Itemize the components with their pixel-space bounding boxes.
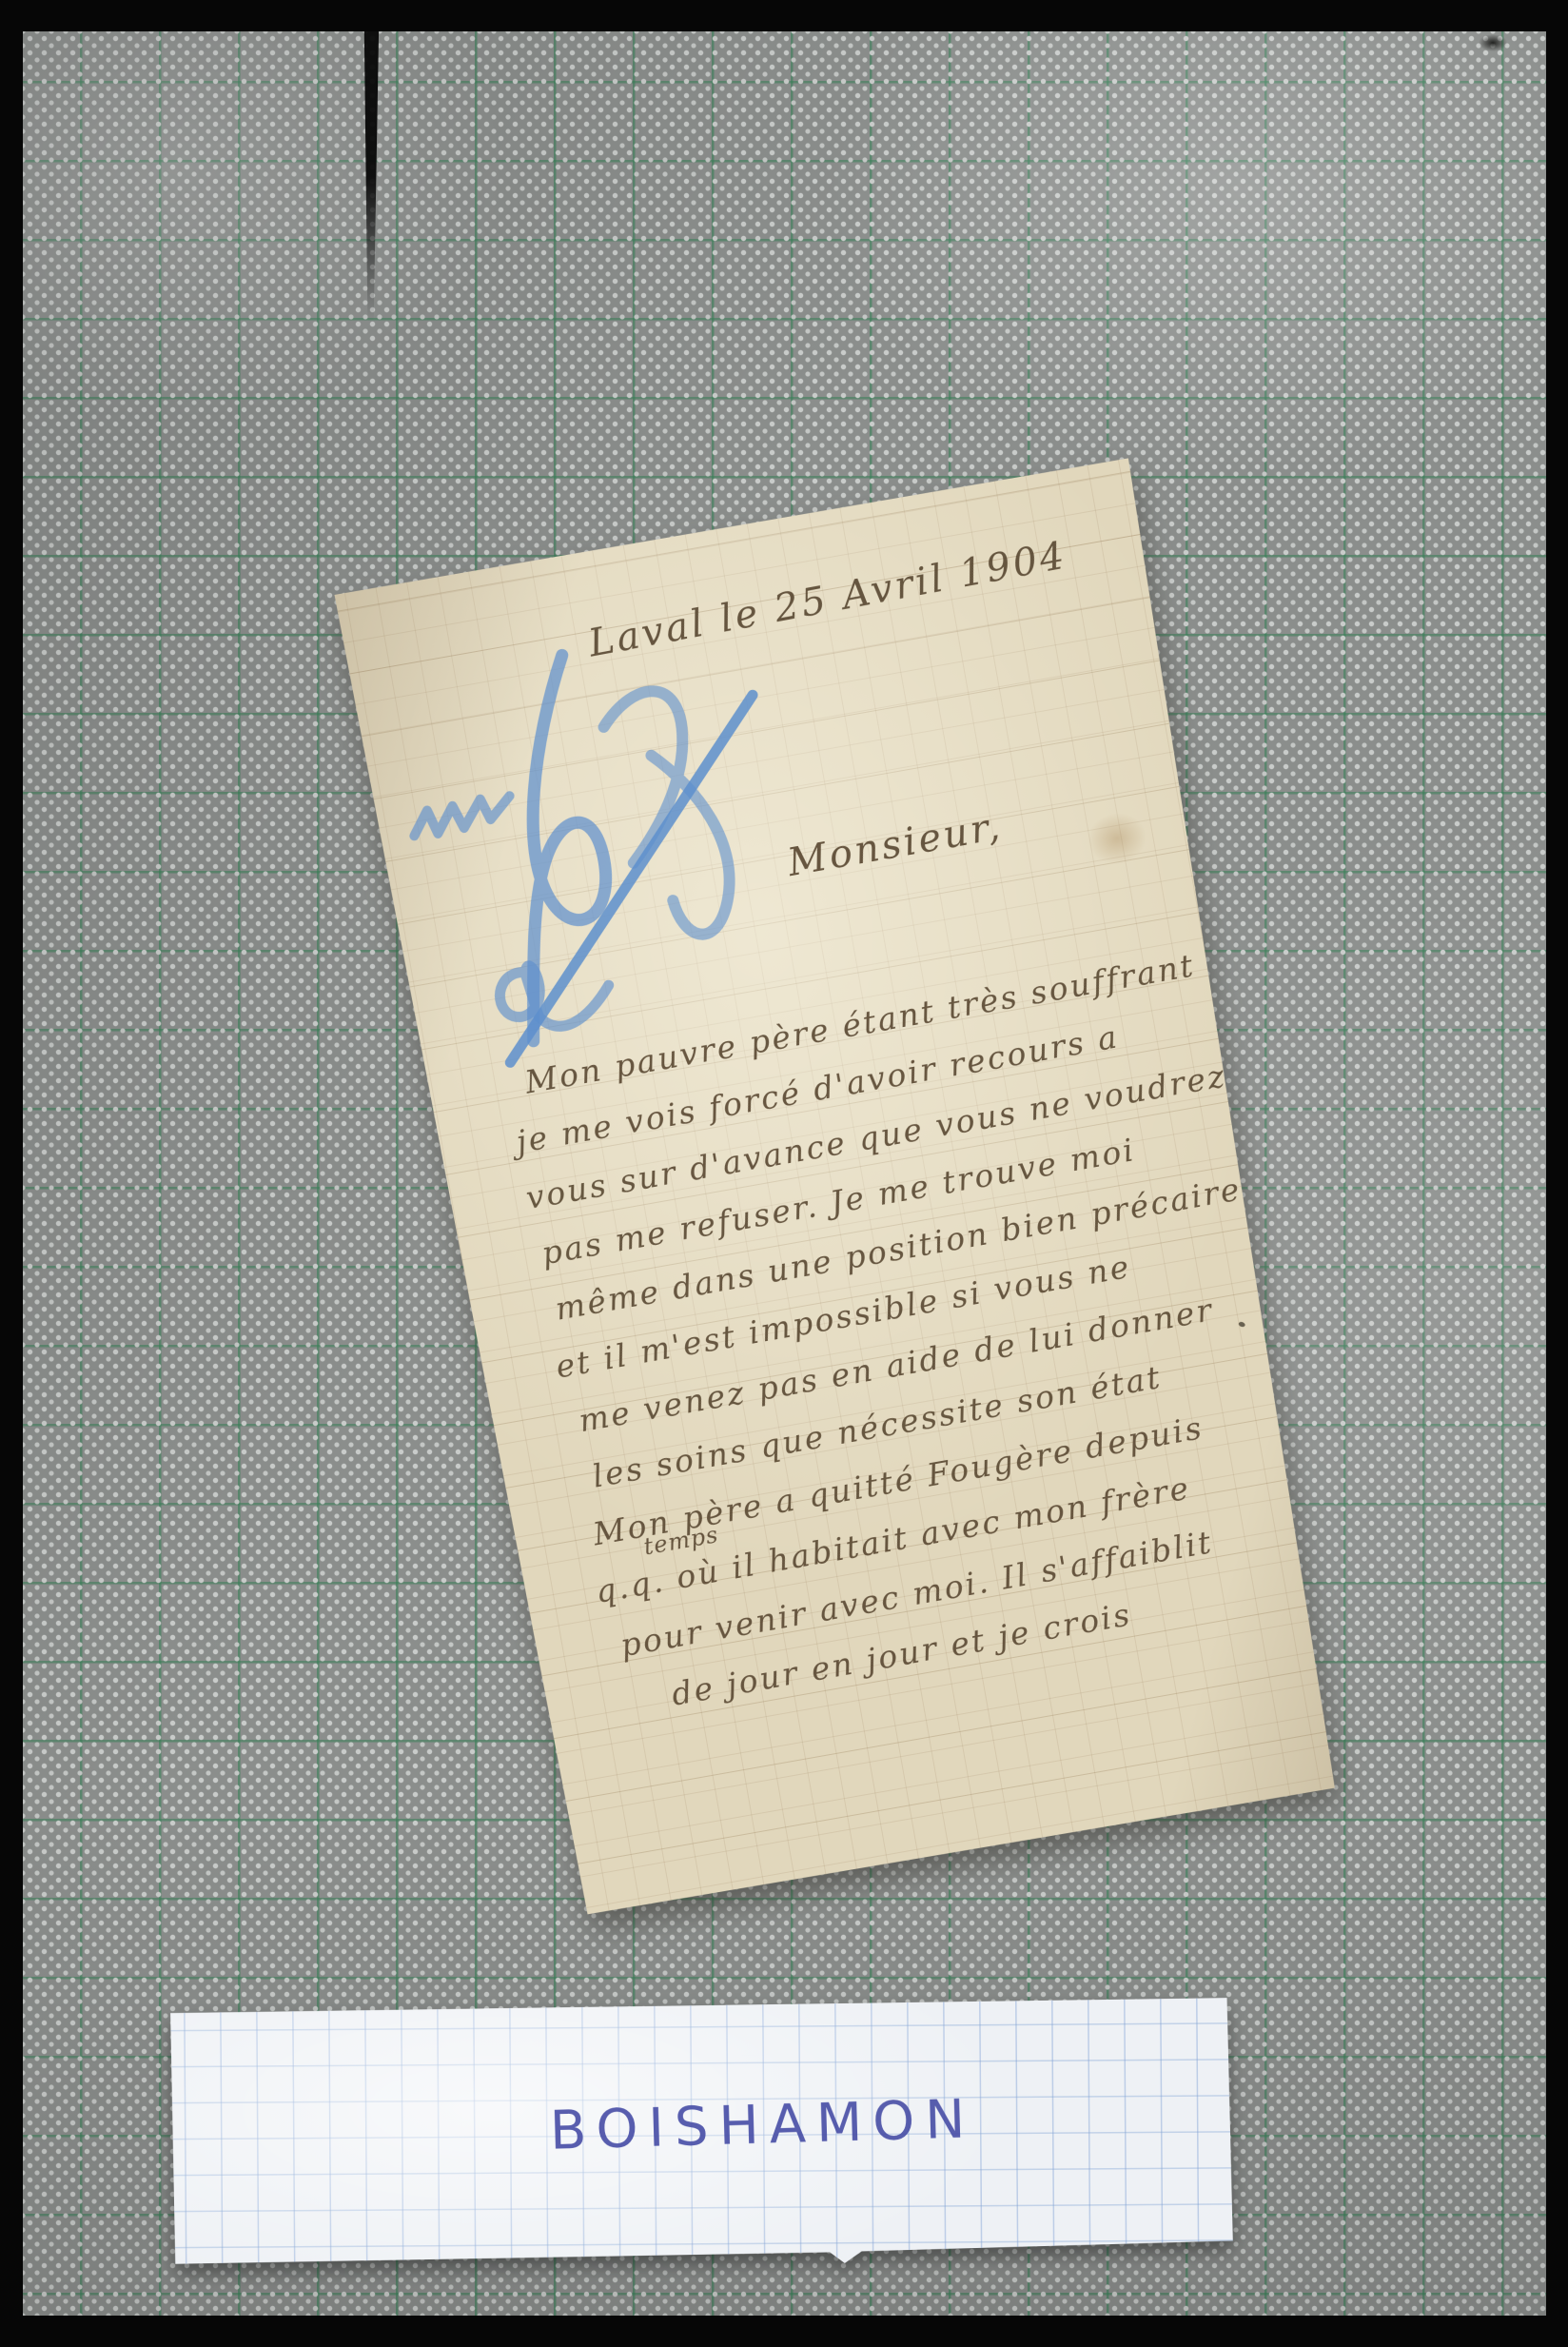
- blue-scribble-zigzag: [410, 794, 514, 838]
- label-strip-name: BOISHAMON: [549, 2088, 976, 2161]
- mat-dark-streak: [363, 31, 380, 322]
- blue-scribble-flourish: [599, 683, 739, 945]
- label-strip-paper: BOISHAMON: [170, 1998, 1233, 2268]
- mat-top-smudge: [1474, 31, 1512, 54]
- identification-label-strip: BOISHAMON: [170, 1998, 1233, 2268]
- photo-of-letter: Laval le 25 Avril 1904 Monsieur, Mon pau…: [0, 0, 1568, 2347]
